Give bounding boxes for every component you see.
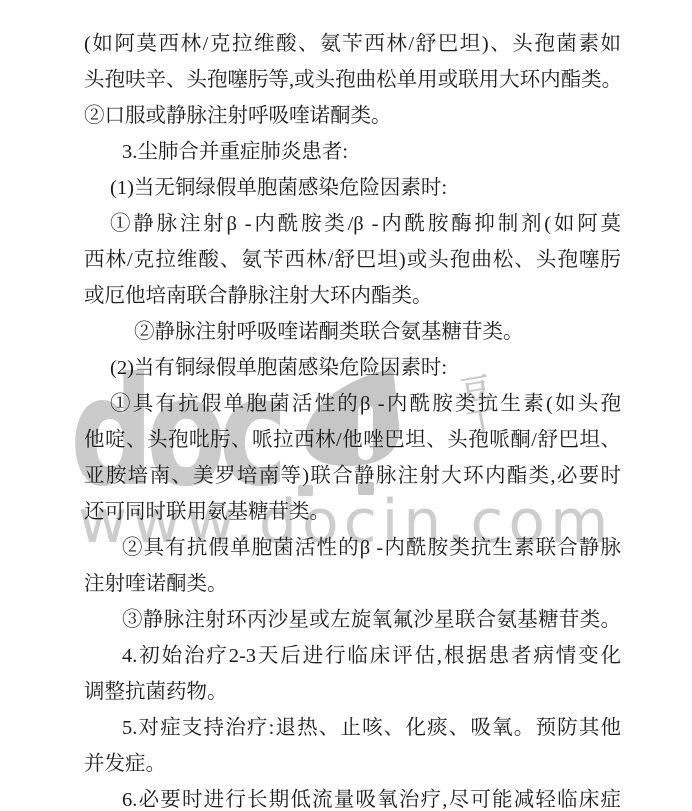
document-page: doc 豆丁 www.docin.com (如阿莫西林/克拉维酸、氨苄西林/舒巴… (0, 0, 692, 811)
text-line: 4.初始治疗2-3天后进行临床评估,根据患者病情变化 (84, 638, 621, 674)
text-line: 6.必要时进行长期低流量吸氧治疗,尽可能减轻临床症 (84, 782, 621, 811)
text-line: 注射喹诺酮类。 (84, 566, 621, 602)
text-line: ①具有抗假单胞菌活性的β -内酰胺类抗生素(如头孢 (84, 386, 621, 422)
text-line: 并发症。 (84, 746, 621, 782)
text-line: 西林/克拉维酸、氨苄西林/舒巴坦)或头孢曲松、头孢噻肟 (84, 242, 621, 278)
text-line: ②口服或静脉注射呼吸喹诺酮类。 (84, 98, 621, 134)
text-line: 调整抗菌药物。 (84, 674, 621, 710)
text-line: 或厄他培南联合静脉注射大环内酯类。 (84, 278, 621, 314)
text-line: (2)当有铜绿假单胞菌感染危险因素时: (84, 350, 621, 386)
document-body: (如阿莫西林/克拉维酸、氨苄西林/舒巴坦)、头孢菌素如 头孢呋辛、头孢噻肟等,或… (84, 26, 621, 811)
text-line: 3.尘肺合并重症肺炎患者: (84, 134, 621, 170)
text-line: 5.对症支持治疗:退热、止咳、化痰、吸氧。预防其他 (84, 710, 621, 746)
text-line: ②具有抗假单胞菌活性的β -内酰胺类抗生素联合静脉 (84, 530, 621, 566)
text-line: 亚胺培南、美罗培南等)联合静脉注射大环内酯类,必要时 (84, 458, 621, 494)
text-line: ②静脉注射呼吸喹诺酮类联合氨基糖苷类。 (84, 314, 621, 350)
text-line: 头孢呋辛、头孢噻肟等,或头孢曲松单用或联用大环内酯类。 (84, 62, 621, 98)
text-line: ①静脉注射β -内酰胺类/β -内酰胺酶抑制剂(如阿莫 (84, 206, 621, 242)
text-line: ③静脉注射环丙沙星或左旋氧氟沙星联合氨基糖苷类。 (84, 602, 621, 638)
text-line: 他啶、头孢吡肟、哌拉西林/他唑巴坦、头孢哌酮/舒巴坦、 (84, 422, 621, 458)
text-line: (1)当无铜绿假单胞菌感染危险因素时: (84, 170, 621, 206)
text-line: (如阿莫西林/克拉维酸、氨苄西林/舒巴坦)、头孢菌素如 (84, 26, 621, 62)
text-line: 还可同时联用氨基糖苷类。 (84, 494, 621, 530)
